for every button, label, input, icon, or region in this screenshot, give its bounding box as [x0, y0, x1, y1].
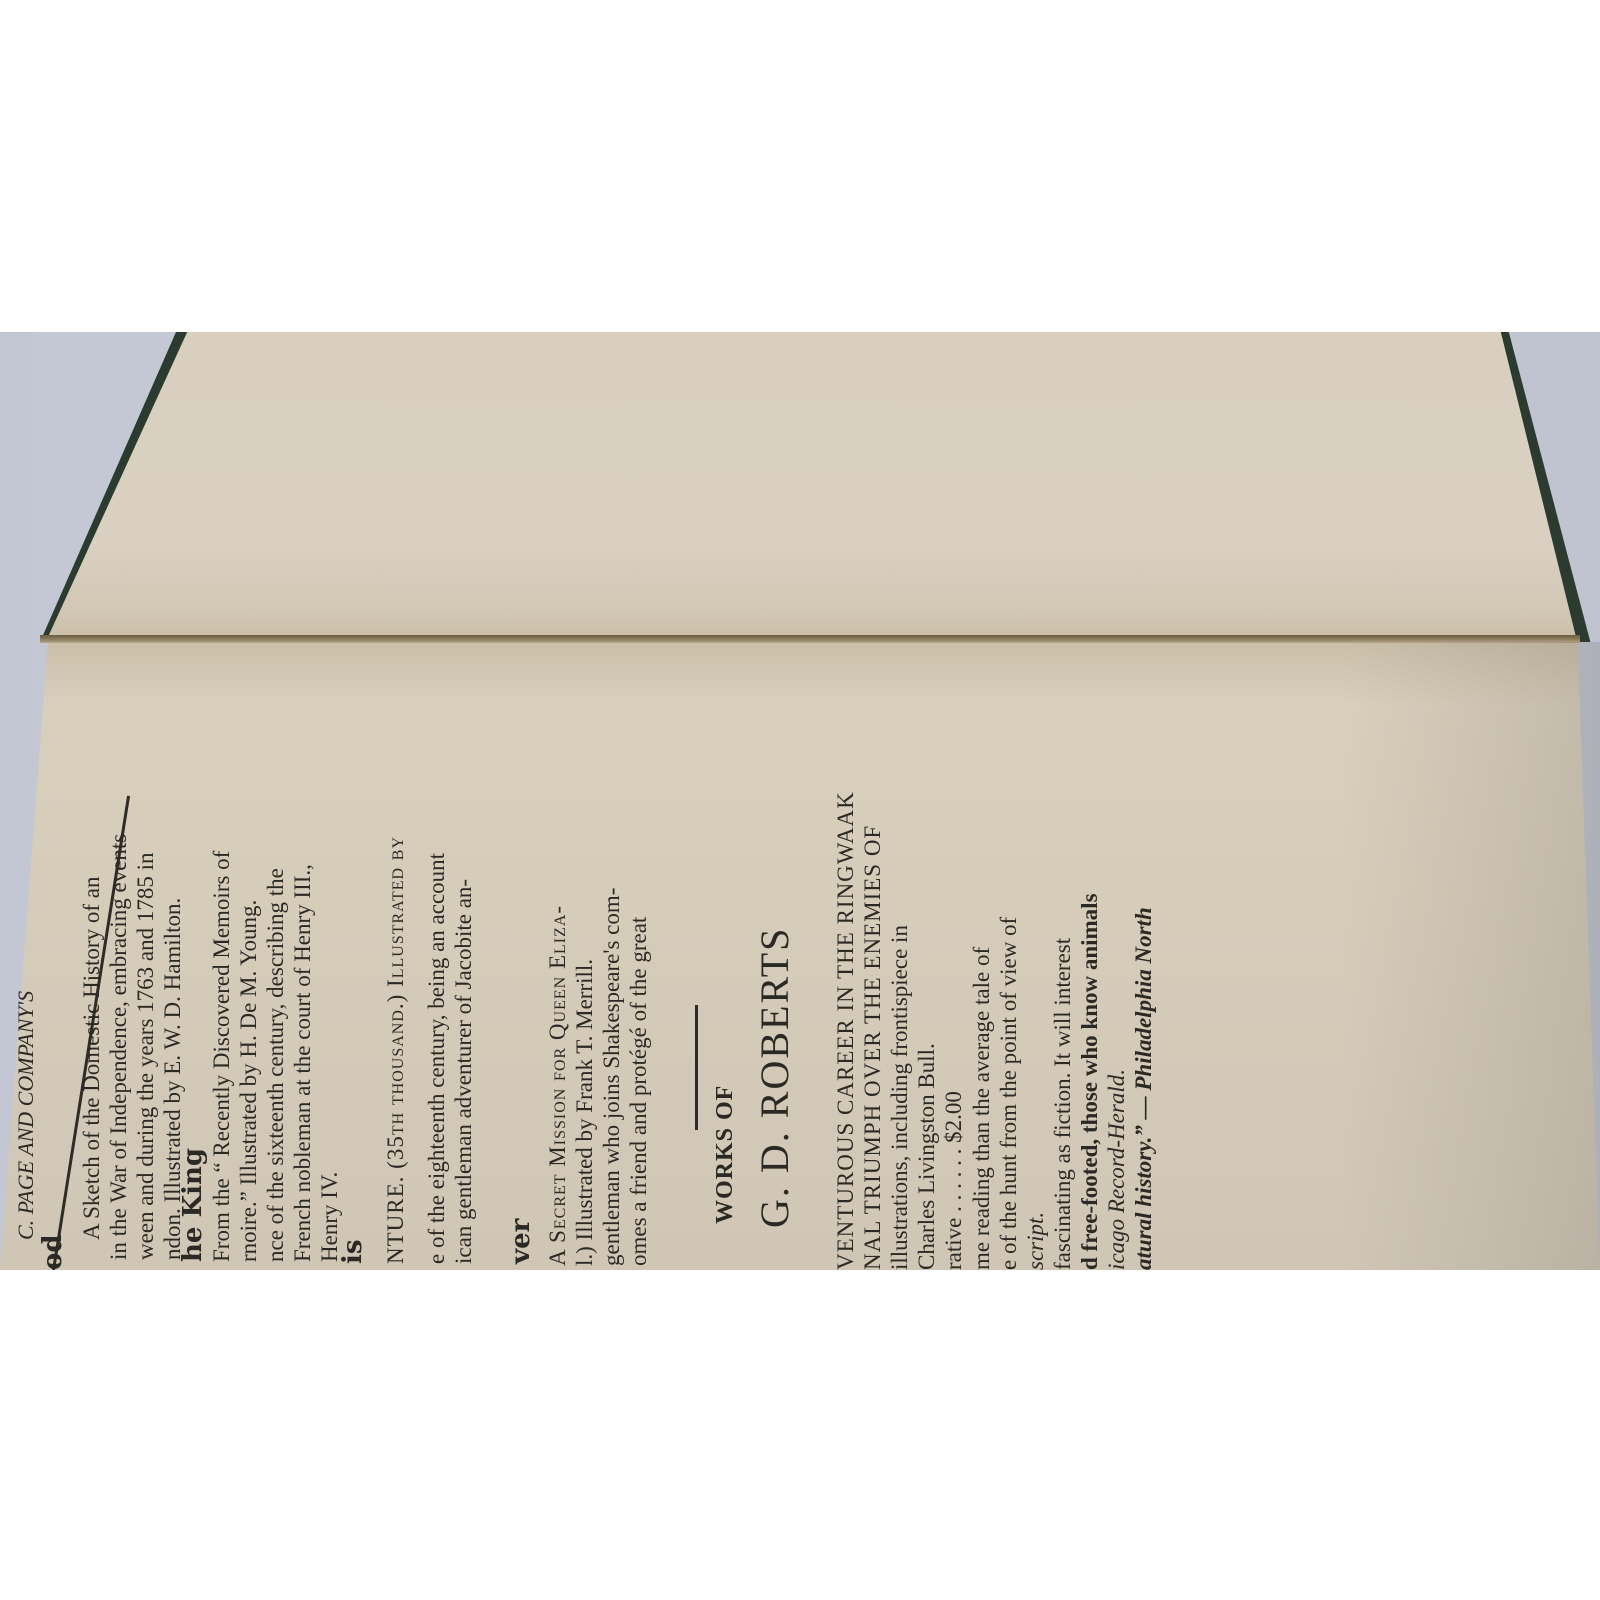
review-source: script.: [1022, 893, 1049, 1270]
review-line: d free-footed, those who know animals: [1076, 893, 1103, 1270]
review-line: e of the hunt from the point of view of: [995, 893, 1022, 1270]
entry-line: A Sketch of the Domestic History of an: [78, 834, 105, 1260]
book-photo: C. PAGE AND COMPANY'S od A Sketch of the…: [0, 332, 1600, 1270]
review-line: atural history.” — Philadelphia North: [1130, 893, 1157, 1270]
entry-2-body: From the “ Recently Discovered Memoirs o…: [208, 851, 343, 1262]
section-kicker: WORKS OF: [712, 1085, 739, 1224]
review-line: fascinating as fiction. It will interest: [1049, 893, 1076, 1270]
section-author: G. D. ROBERTS: [752, 927, 798, 1228]
blank-endpaper: [0, 332, 1600, 637]
entry-line: French nobleman at the court of Henry II…: [289, 851, 316, 1262]
entry-line: From the “ Recently Discovered Memoirs o…: [208, 851, 235, 1262]
entry-3-body: NTURE. (35th thousand.) Illustrated by e…: [382, 836, 477, 1264]
entry-title: od: [40, 1234, 67, 1270]
entry-line: Henry IV.: [316, 851, 343, 1262]
running-head-text: C. PAGE AND COMPANY'S: [12, 991, 39, 1240]
entry-1-body: A Sketch of the Domestic History of an i…: [78, 834, 186, 1260]
entry-line: VENTUROUS CAREER IN THE RINGWAAK: [832, 791, 859, 1270]
section-rule: [695, 1005, 698, 1130]
entry-line: NTURE. (35th thousand.) Illustrated by: [382, 836, 409, 1264]
works-of-label: WORKS OF: [712, 1085, 739, 1224]
entry-2: he King: [180, 1148, 207, 1262]
entry-line: NAL TRIUMPH OVER THE ENEMIES OF: [859, 791, 886, 1270]
entry-4: ver: [508, 1219, 535, 1264]
page-text: C. PAGE AND COMPANY'S od A Sketch of the…: [0, 642, 1600, 1270]
entry-line: ican gentleman adventurer of Jacobite an…: [450, 836, 477, 1264]
entry-line: A Secret Mission for Queen Eliza-: [544, 888, 571, 1266]
price-line: rative . . . . . . $2.00: [940, 791, 967, 1270]
review-line: me reading than the average tale of: [968, 893, 995, 1270]
entry-3: is: [340, 1239, 367, 1264]
entry-1: od: [40, 1234, 67, 1270]
entry-line: nce of the sixteenth century, describing…: [262, 851, 289, 1262]
entry-line: illustrations, including frontispiece in: [886, 791, 913, 1270]
entry-line: Charles Livingston Bull.: [913, 791, 940, 1270]
running-head: C. PAGE AND COMPANY'S: [12, 991, 39, 1240]
entry-line: e of the eighteenth century, being an ac…: [423, 836, 450, 1264]
roberts-entry: VENTUROUS CAREER IN THE RINGWAAK NAL TRI…: [832, 791, 967, 1270]
review-source: icago Record-Herald.: [1103, 893, 1130, 1270]
entry-title: he King: [180, 1148, 207, 1262]
author-name: G. D. ROBERTS: [752, 927, 798, 1228]
entry-line: in the War of Independence, embracing ev…: [105, 834, 132, 1260]
entry-4-body: A Secret Mission for Queen Eliza- l.) Il…: [544, 888, 652, 1266]
entry-line: gentleman who joins Shakespeare's com-: [598, 888, 625, 1266]
entry-title: ver: [508, 1219, 535, 1264]
roberts-reviews: me reading than the average tale of e of…: [968, 893, 1157, 1270]
entry-line: omes a friend and protégé of the great: [625, 888, 652, 1266]
entry-line: ween and during the years 1763 and 1785 …: [132, 834, 159, 1260]
entry-line: rnoire.” Illustrated by H. De M. Young.: [235, 851, 262, 1262]
entry-title: is: [340, 1239, 367, 1264]
entry-line: l.) Illustrated by Frank T. Merrill.: [571, 888, 598, 1266]
